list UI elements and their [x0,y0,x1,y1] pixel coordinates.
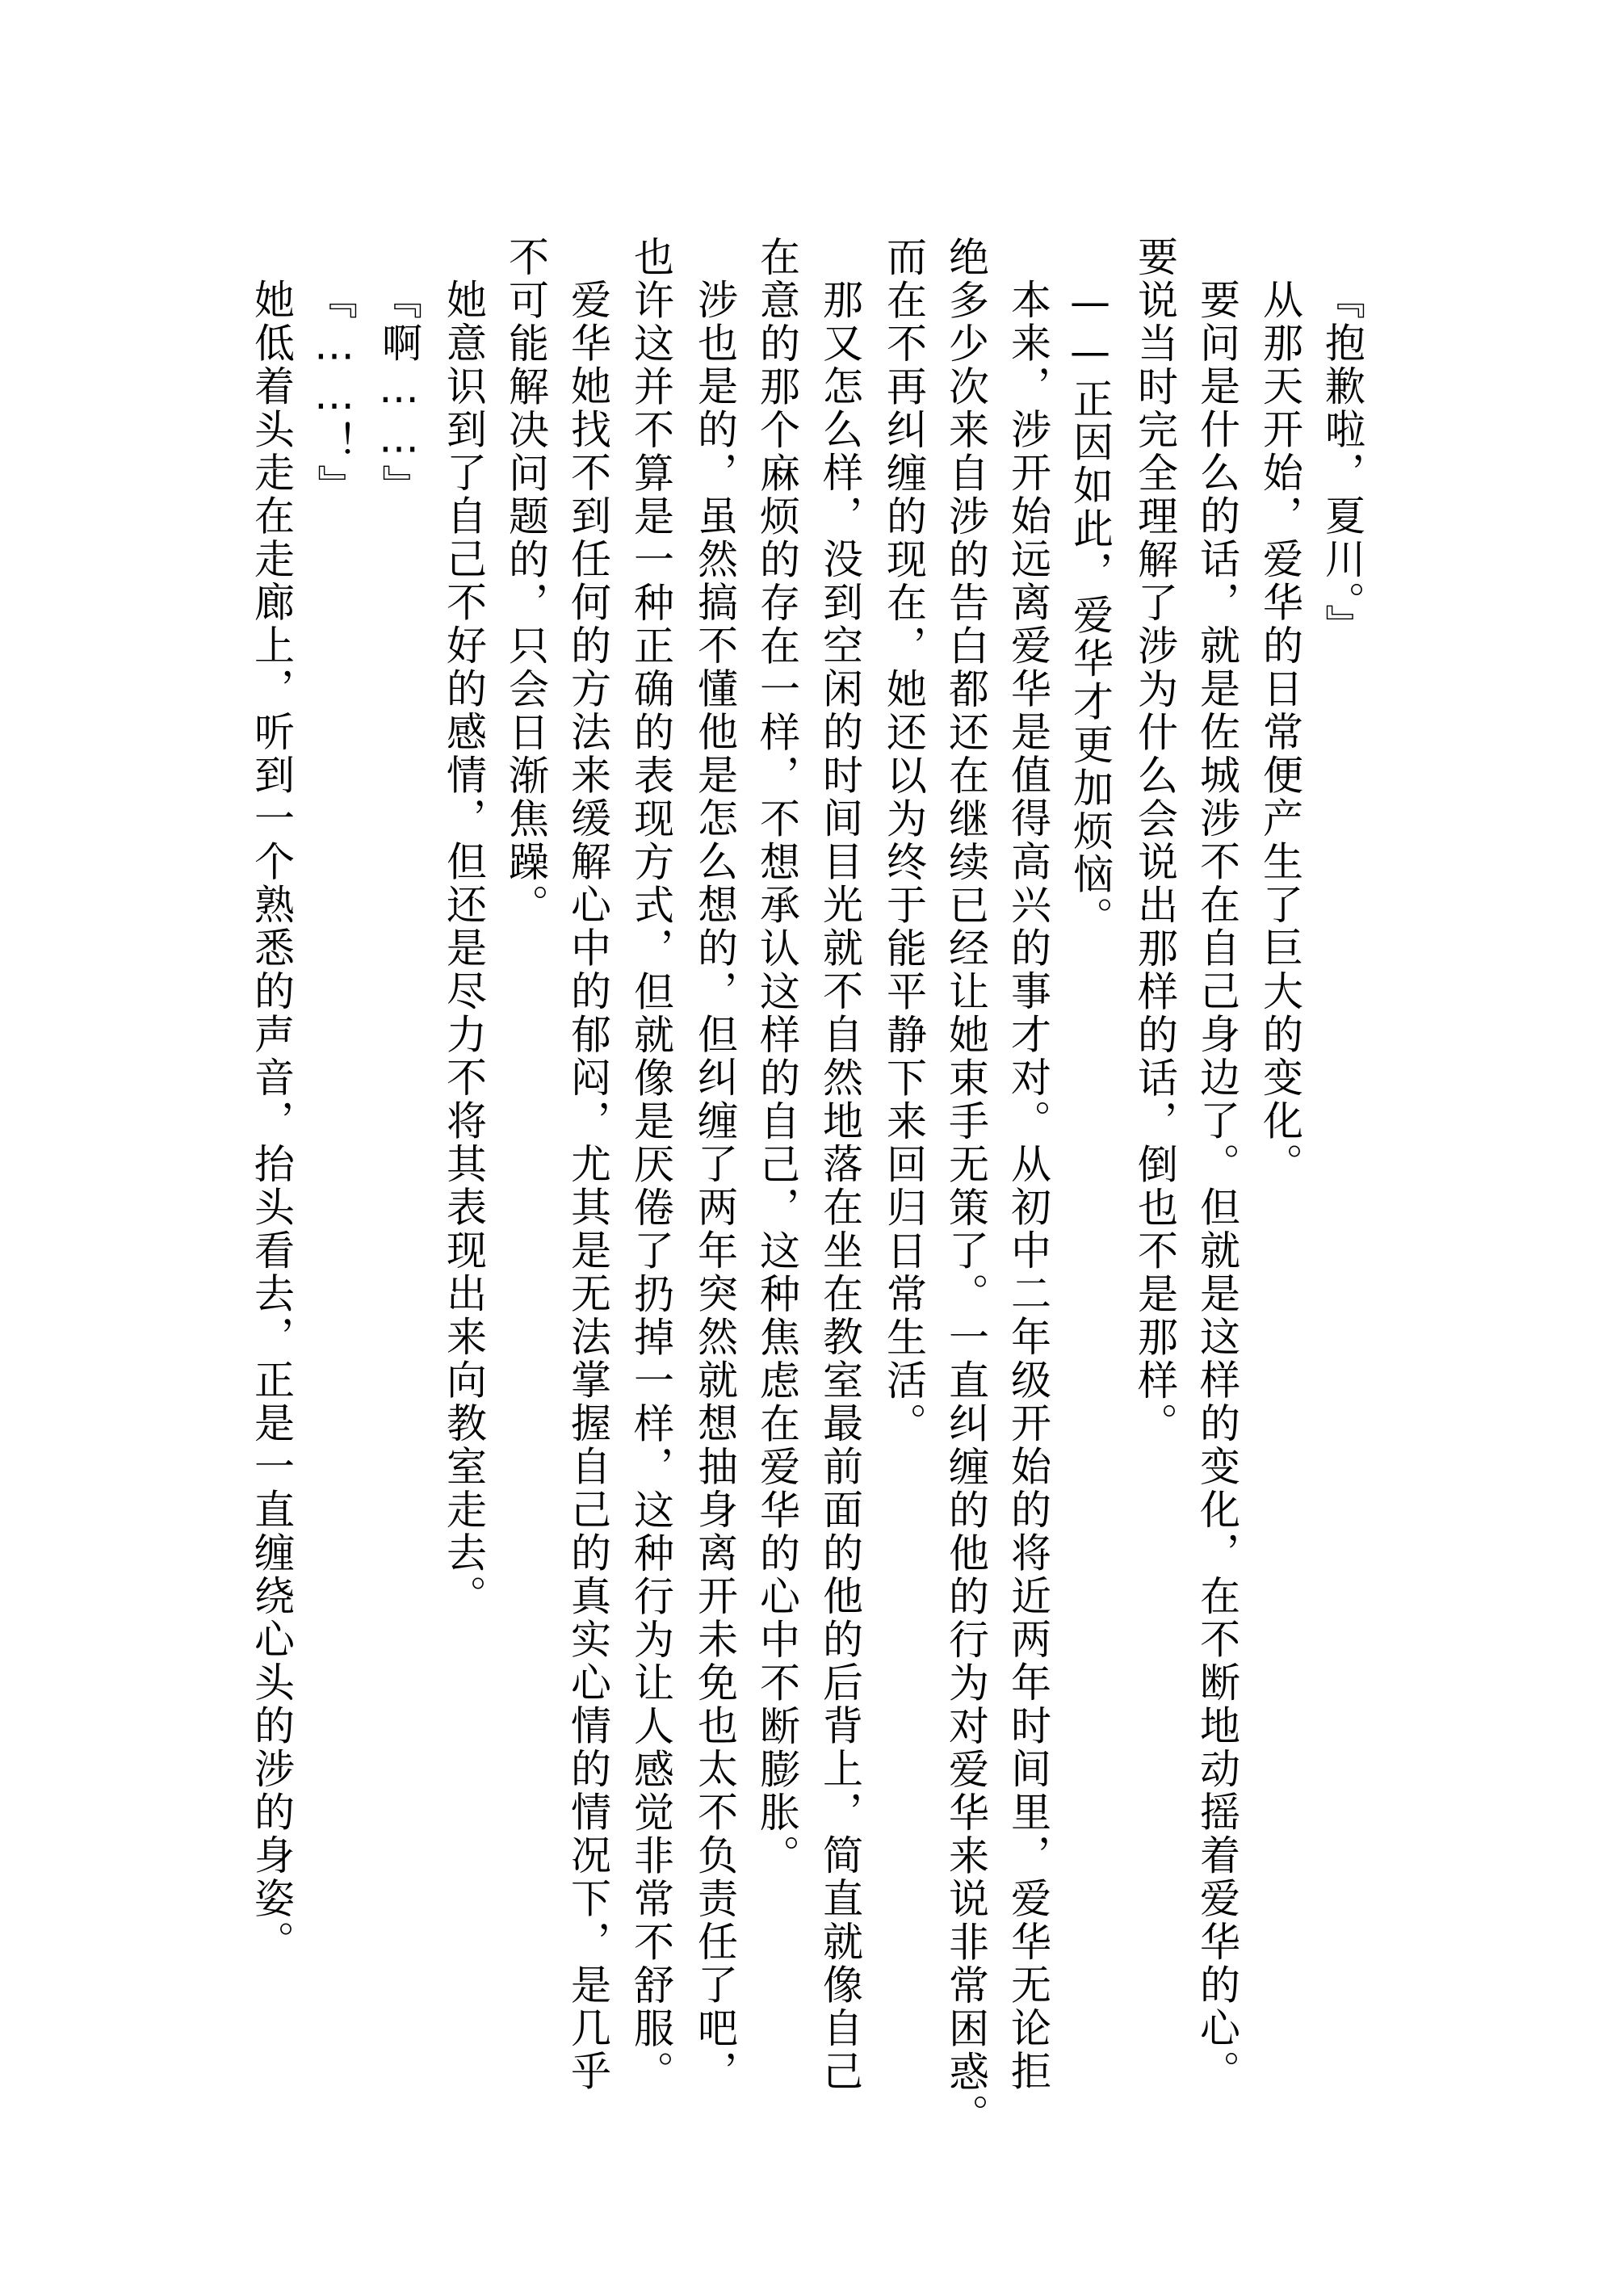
text-column-18: 她低着头走在走廊上，听到一个熟悉的声音，抬头看去，正是一直缠绕心头的涉的身姿。 [247,279,296,1964]
text-column-13: 爱华她找不到任何的方法来缓解心中的郁闷，尤其是无法掌握自己的真实心情的情况下，是… [564,279,612,2093]
text-column-5: ——正因如此，爱华才更加烦恼。 [1066,279,1114,940]
text-column-3: 要问是什么的话，就是佐城涉不在自己身边了。但就是这样的变化，在不断地动摇着爱华的… [1193,279,1241,2093]
text-column-1: 『抱歉啦，夏川。』 [1318,279,1366,648]
text-column-2: 从那天开始，爱华的日常便产生了巨大的变化。 [1256,279,1304,1186]
text-column-4: 要说当时完全理解了涉为什么会说出那样的话，倒也不是那样。 [1130,236,1179,1446]
novel-page: 『抱歉啦，夏川。』 从那天开始，爱华的日常便产生了巨大的变化。 要问是什么的话，… [0,0,1615,2296]
text-column-8: 而在不再纠缠的现在，她还以为终于能平静下来回归日常生活。 [879,236,928,1446]
text-column-6: 本来，涉开始远离爱华是值得高兴的事才对。从初中二年级开始的将近两年时间里，爱华无… [1004,279,1052,2093]
text-column-14: 不可能解决问题的，只会日渐焦躁。 [501,236,550,927]
text-column-16-dialogue: 『啊……』 [375,279,423,508]
text-column-15: 她意识到了自己不好的感情，但还是尽力不将其表现出来向教室走去。 [439,279,488,1618]
text-column-11: 涉也是的，虽然搞不懂他是怎么想的，但纠缠了两年突然就想抽身离开未免也太不负责任了… [690,279,739,2093]
text-column-17-dialogue: 『……！』 [310,279,359,508]
text-column-12: 也许这并不算是一种正确的表现方式，但就像是厌倦了扔掉一样，这种行为让人感觉非常不… [627,236,675,2094]
text-column-7: 绝多少次来自涉的告白都还在继续已经让她束手无策了。一直纠缠的他的行为对爱华来说非… [942,236,990,2137]
text-column-10: 在意的那个麻烦的存在一样，不想承认这样的自己，这种焦虑在爱华的心中不断膨胀。 [753,236,801,1878]
text-column-9: 那又怎么样，没到空闲的时间目光就不自然地落在坐在教室最前面的他的后背上，简直就像… [816,279,864,2093]
